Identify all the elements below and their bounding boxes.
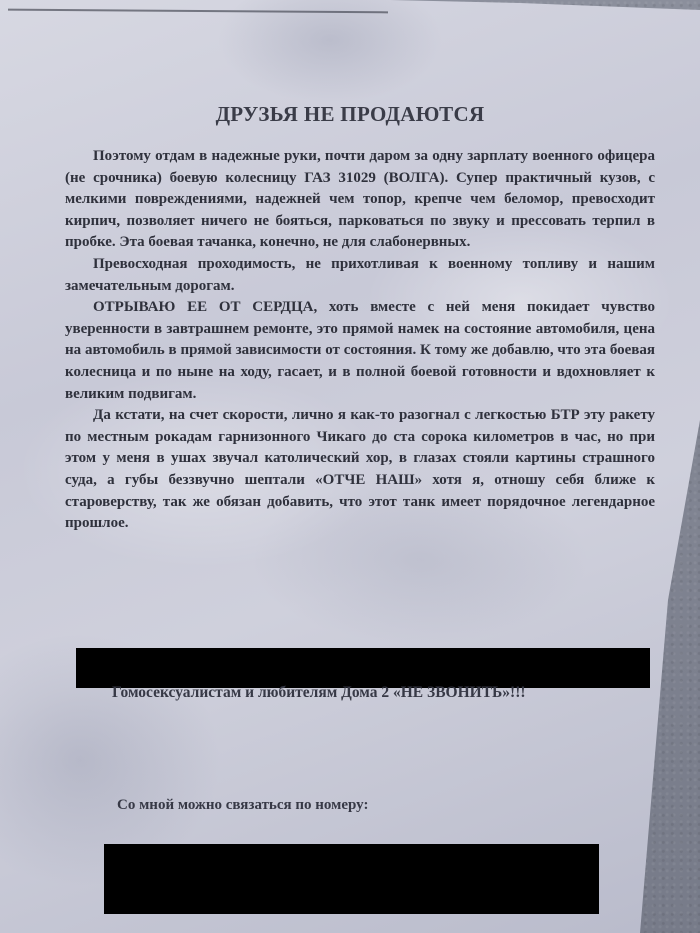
paragraph-offer: Поэтому отдам в надежные руки, почти дар… [65, 146, 655, 254]
redaction-bar-phone [104, 844, 599, 914]
paragraph-speed: Да кстати, на счет скорости, лично я как… [65, 405, 655, 535]
document-title: ДРУЗЬЯ НЕ ПРОДАЮТСЯ [0, 102, 700, 127]
paragraph-off-road: Превосходная проходимость, не прихотлива… [65, 254, 655, 297]
contact-label: Со мной можно связаться по номеру: [117, 797, 368, 814]
document-body: Поэтому отдам в надежные руки, почти дар… [65, 146, 655, 535]
paragraph-condition: ОТРЫВАЮ ЕЕ ОТ СЕРДЦА, хоть вместе с ней … [65, 297, 655, 405]
paper-crease [8, 9, 388, 14]
warning-line: Гомосексуалистам и любителям Дома 2 «НЕ … [112, 684, 526, 702]
redaction-bar-price [76, 648, 650, 688]
